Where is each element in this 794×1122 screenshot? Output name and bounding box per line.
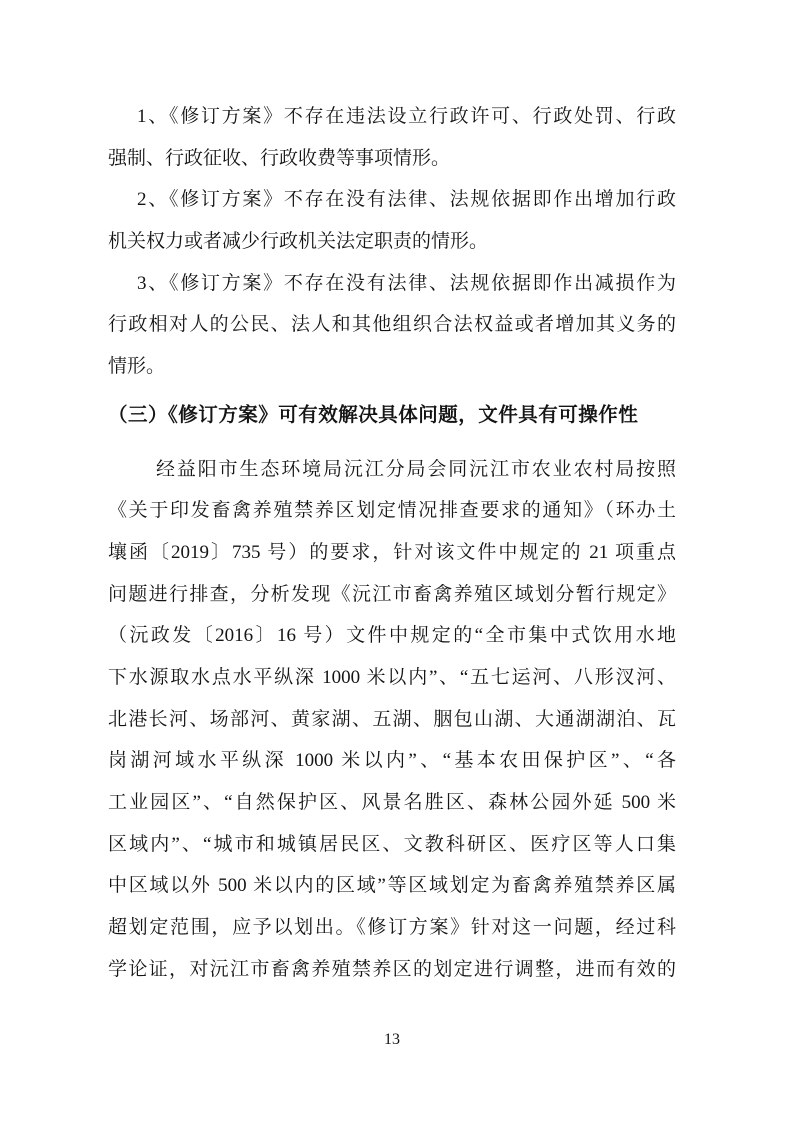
text-line: 壤函〔2019〕735 号）的要求，针对该文件中规定的 21 项重点 [108, 532, 676, 574]
text-line: 3、《修订方案》不存在没有法律、法规依据即作出减损作为 [108, 263, 676, 305]
text-line: 情形。 [108, 346, 676, 388]
text-line: 1、《修订方案》不存在违法设立行政许可、行政处罚、行政 [108, 96, 676, 138]
text-line: 工业园区”、“自然保护区、风景名胜区、森林公园外延 500 米 [108, 782, 676, 824]
text-line: 问题进行排查，分析发现《沅江市畜禽养殖区域划分暂行规定》 [108, 574, 676, 616]
text-line: 强制、行政征收、行政收费等事项情形。 [108, 138, 676, 180]
page-footer: 13 [108, 1031, 676, 1049]
text-line: 学论证，对沅江市畜禽养殖禁养区的划定进行调整，进而有效的 [108, 949, 676, 991]
text-line: 中区域以外 500 米以内的区域”等区域划定为畜禽养殖禁养区属 [108, 865, 676, 907]
text-line: 机关权力或者减少行政机关法定职责的情形。 [108, 221, 676, 263]
text-line: 行政相对人的公民、法人和其他组织合法权益或者增加其义务的 [108, 304, 676, 346]
body-para-long: 经益阳市生态环境局沅江分局会同沅江市农业农村局按照《关于印发畜禽养殖禁养区划定情… [108, 449, 676, 991]
numbered-para-2: 2、《修订方案》不存在没有法律、法规依据即作出增加行政机关权力或者减少行政机关法… [108, 179, 676, 262]
section-heading-3: （三）《修订方案》可有效解决具体问题，文件具有可操作性 [108, 395, 676, 437]
text-line: 北港长河、场部河、黄家湖、五湖、胭包山湖、大通湖湖泊、瓦 [108, 699, 676, 741]
text-line: 《关于印发畜禽养殖禁养区划定情况排查要求的通知》（环办土 [108, 490, 676, 532]
text-line: 经益阳市生态环境局沅江分局会同沅江市农业农村局按照 [108, 449, 676, 491]
document-body: 1、《修订方案》不存在违法设立行政许可、行政处罚、行政强制、行政征收、行政收费等… [108, 96, 676, 990]
text-line: （沅政发〔2016〕16 号）文件中规定的“全市集中式饮用水地 [108, 615, 676, 657]
text-line: 区域内”、“城市和城镇居民区、文教科研区、医疗区等人口集 [108, 824, 676, 866]
text-line: 超划定范围，应予以划出。《修订方案》针对这一问题，经过科 [108, 907, 676, 949]
text-line: 下水源取水点水平纵深 1000 米以内”、“五七运河、八形汊河、 [108, 657, 676, 699]
page-number: 13 [384, 1031, 400, 1048]
text-line: 岗湖河域水平纵深 1000 米以内”、“基本农田保护区”、“各 [108, 740, 676, 782]
numbered-para-1: 1、《修订方案》不存在违法设立行政许可、行政处罚、行政强制、行政征收、行政收费等… [108, 96, 676, 179]
numbered-para-3: 3、《修订方案》不存在没有法律、法规依据即作出减损作为行政相对人的公民、法人和其… [108, 263, 676, 388]
text-line: 2、《修订方案》不存在没有法律、法规依据即作出增加行政 [108, 179, 676, 221]
heading-line: （三）《修订方案》可有效解决具体问题，文件具有可操作性 [108, 395, 676, 437]
document-page: 1、《修订方案》不存在违法设立行政许可、行政处罚、行政强制、行政征收、行政收费等… [0, 0, 794, 1122]
